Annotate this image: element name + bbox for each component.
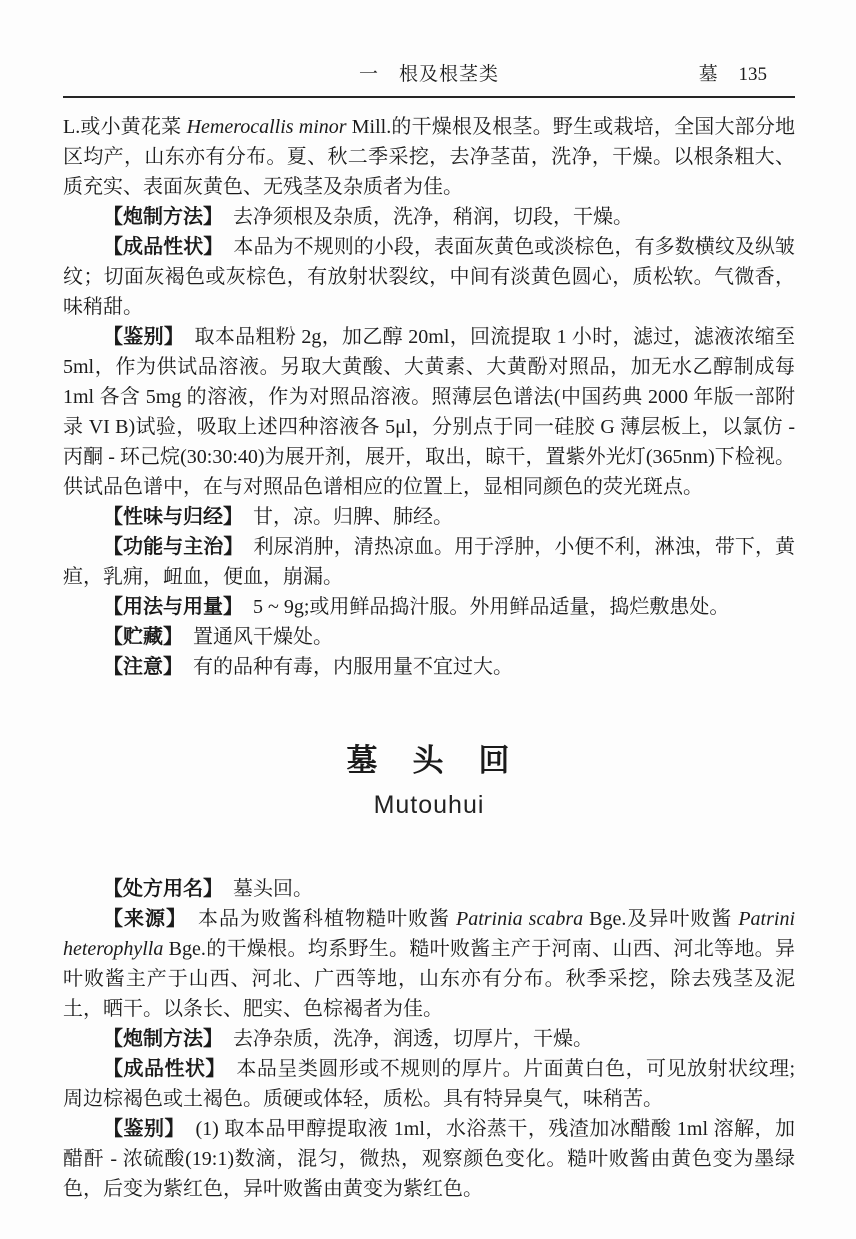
latin-botanical-name: Patrinia scabra (456, 908, 583, 930)
field-label: 【功能与主治】 (103, 536, 233, 558)
field-label: 【用法与用量】 (103, 596, 233, 618)
para-dosage: 【用法与用量】 5 ~ 9g;或用鲜品捣汁服。外用鲜品适量，捣烂敷患处。 (63, 592, 795, 622)
text-run: 5 ~ 9g;或用鲜品捣汁服。外用鲜品适量，捣烂敷患处。 (233, 596, 729, 618)
text-run: Bge.及异叶败酱 (583, 908, 738, 930)
para-taste-meridian: 【性味与归经】 甘，凉。归脾、肺经。 (63, 502, 795, 532)
field-label: 【处方用名】 (103, 878, 213, 900)
para-caution: 【注意】 有的品种有毒，内服用量不宜过大。 (63, 652, 795, 682)
text-run: 去净杂质，洗净，润透，切厚片，干燥。 (213, 1028, 593, 1050)
field-label: 【鉴别】 (103, 326, 174, 348)
field-label: 【炮制方法】 (103, 1028, 213, 1050)
entry-title-pinyin: Mutouhui (63, 790, 795, 820)
para-product-characters: 【成品性状】 本品呈类圆形或不规则的厚片。片面黄白色，可见放射状纹理;周边棕褐色… (63, 1054, 795, 1114)
text-run: Bge.的干燥根。均系野生。糙叶败酱主产于河南、山西、河北等地。异叶败酱主产于山… (63, 938, 795, 1020)
field-label: 【贮藏】 (103, 626, 173, 648)
field-label: 【成品性状】 (103, 1058, 216, 1080)
para-functions: 【功能与主治】 利尿消肿，清热凉血。用于浮肿，小便不利，淋浊，带下，黄疸，乳痈，… (63, 532, 795, 592)
running-header: 一 根及根茎类 墓 135 (63, 63, 795, 98)
page-number: 135 (739, 64, 768, 85)
para-identification: 【鉴别】 (1) 取本品甲醇提取液 1ml，水浴蒸干，残渣加冰醋酸 1ml 溶解… (63, 1114, 795, 1204)
para-prescription-name: 【处方用名】 墓头回。 (63, 874, 795, 904)
entry-title-chinese: 墓 头 回 (63, 740, 795, 782)
running-header-row: 一 根及根茎类 墓 135 (63, 63, 795, 87)
para-identification: 【鉴别】 取本品粗粉 2g，加乙醇 20ml，回流提取 1 小时，滤过，滤液浓缩… (63, 322, 795, 502)
field-label: 【性味与归经】 (103, 506, 233, 528)
text-run: 有的品种有毒，内服用量不宜过大。 (173, 656, 513, 678)
running-section-title: 一 根及根茎类 (63, 63, 795, 87)
field-label: 【注意】 (103, 656, 173, 678)
entry-body: 【处方用名】 墓头回。【来源】 本品为败酱科植物糙叶败酱 Patrinia sc… (63, 874, 795, 1204)
header-rule (63, 96, 795, 98)
field-label: 【成品性状】 (103, 236, 213, 258)
text-run: 甘，凉。归脾、肺经。 (233, 506, 453, 528)
para-source: 【来源】 本品为败酱科植物糙叶败酱 Patrinia scabra Bge.及异… (63, 904, 795, 1024)
scanned-book-page: 一 根及根茎类 墓 135 L.或小黄花菜 Hemerocallis minor… (0, 0, 856, 1239)
text-run: 本品为败酱科植物糙叶败酱 (177, 908, 456, 930)
text-run: 墓头回。 (213, 878, 313, 900)
page-indicator: 墓 135 (699, 63, 767, 87)
field-label: 【来源】 (103, 908, 177, 930)
field-label: 【鉴别】 (103, 1118, 175, 1140)
para-processing-method: 【炮制方法】 去净杂质，洗净，润透，切厚片，干燥。 (63, 1024, 795, 1054)
text-run: 去净须根及杂质，洗净，稍润，切段，干燥。 (213, 206, 633, 228)
para-processing-method: 【炮制方法】 去净须根及杂质，洗净，稍润，切段，干燥。 (63, 202, 795, 232)
para-product-characters: 【成品性状】 本品为不规则的小段，表面灰黄色或淡棕色，有多数横纹及纵皱纹；切面灰… (63, 232, 795, 322)
para-storage: 【贮藏】 置通风干燥处。 (63, 622, 795, 652)
entry-index-char: 墓 (699, 64, 718, 85)
field-label: 【炮制方法】 (103, 206, 213, 228)
previous-entry-body: L.或小黄花菜 Hemerocallis minor Mill.的干燥根及根茎。… (63, 112, 795, 682)
text-run: 取本品粗粉 2g，加乙醇 20ml，回流提取 1 小时，滤过，滤液浓缩至 5ml… (63, 326, 795, 498)
text-run: L.或小黄花菜 (63, 116, 187, 138)
latin-botanical-name: Hemerocallis minor (187, 116, 347, 138)
para-source-continuation: L.或小黄花菜 Hemerocallis minor Mill.的干燥根及根茎。… (63, 112, 795, 202)
text-run: 置通风干燥处。 (173, 626, 333, 648)
